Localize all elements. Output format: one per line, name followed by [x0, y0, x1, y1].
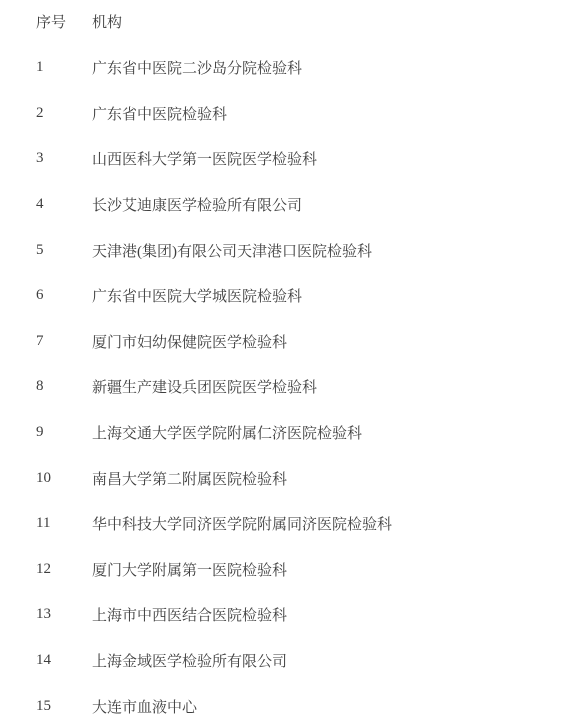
table-row: 4 长沙艾迪康医学检验所有限公司 [36, 182, 566, 228]
row-index: 6 [36, 287, 92, 304]
row-institution: 上海交通大学医学院附属仁济医院检验科 [92, 422, 566, 443]
table-row: 6 广东省中医院大学城医院检验科 [36, 273, 566, 319]
row-institution: 广东省中医院大学城医院检验科 [92, 285, 566, 306]
row-index: 2 [36, 105, 92, 122]
header-institution: 机构 [92, 11, 566, 32]
row-index: 1 [36, 59, 92, 76]
table-row: 11 华中科技大学同济医学院附属同济医院检验科 [36, 501, 566, 547]
row-institution: 广东省中医院检验科 [92, 103, 566, 124]
row-institution: 上海市中西医结合医院检验科 [92, 604, 566, 625]
row-institution: 天津港(集团)有限公司天津港口医院检验科 [92, 240, 566, 261]
table-row: 8 新疆生产建设兵团医院医学检验科 [36, 364, 566, 410]
row-index: 15 [36, 698, 92, 715]
table-row: 10 南昌大学第二附属医院检验科 [36, 455, 566, 501]
table-row: 5 天津港(集团)有限公司天津港口医院检验科 [36, 227, 566, 273]
row-institution: 厦门大学附属第一医院检验科 [92, 559, 566, 580]
table-row: 12 厦门大学附属第一医院检验科 [36, 547, 566, 593]
row-index: 3 [36, 150, 92, 167]
row-index: 12 [36, 561, 92, 578]
row-index: 10 [36, 470, 92, 487]
row-institution: 山西医科大学第一医院医学检验科 [92, 148, 566, 169]
row-institution: 上海金域医学检验所有限公司 [92, 650, 566, 671]
row-index: 4 [36, 196, 92, 213]
header-index: 序号 [36, 11, 92, 32]
row-index: 8 [36, 378, 92, 395]
row-institution: 广东省中医院二沙岛分院检验科 [92, 57, 566, 78]
table-row: 9 上海交通大学医学院附属仁济医院检验科 [36, 410, 566, 456]
row-institution: 南昌大学第二附属医院检验科 [92, 468, 566, 489]
table-row: 14 上海金域医学检验所有限公司 [36, 638, 566, 684]
row-index: 5 [36, 242, 92, 259]
row-index: 7 [36, 333, 92, 350]
table-row: 7 厦门市妇幼保健院医学检验科 [36, 319, 566, 365]
table-row: 15 大连市血液中心 [36, 683, 566, 724]
table-row: 3 山西医科大学第一医院医学检验科 [36, 136, 566, 182]
row-institution: 厦门市妇幼保健院医学检验科 [92, 331, 566, 352]
row-institution: 新疆生产建设兵团医院医学检验科 [92, 376, 566, 397]
row-index: 11 [36, 515, 92, 532]
row-institution: 长沙艾迪康医学检验所有限公司 [92, 194, 566, 215]
table-row: 13 上海市中西医结合医院检验科 [36, 592, 566, 638]
table-row: 1 广东省中医院二沙岛分院检验科 [36, 45, 566, 91]
row-institution: 华中科技大学同济医学院附属同济医院检验科 [92, 513, 566, 534]
row-index: 13 [36, 606, 92, 623]
institutions-table: 序号 机构 1 广东省中医院二沙岛分院检验科 2 广东省中医院检验科 3 山西医… [0, 0, 566, 724]
table-rows: 1 广东省中医院二沙岛分院检验科 2 广东省中医院检验科 3 山西医科大学第一医… [36, 45, 566, 724]
table-header: 序号 机构 [36, 0, 566, 37]
row-institution: 大连市血液中心 [92, 696, 566, 717]
table-row: 2 广东省中医院检验科 [36, 91, 566, 137]
row-index: 9 [36, 424, 92, 441]
row-index: 14 [36, 652, 92, 669]
